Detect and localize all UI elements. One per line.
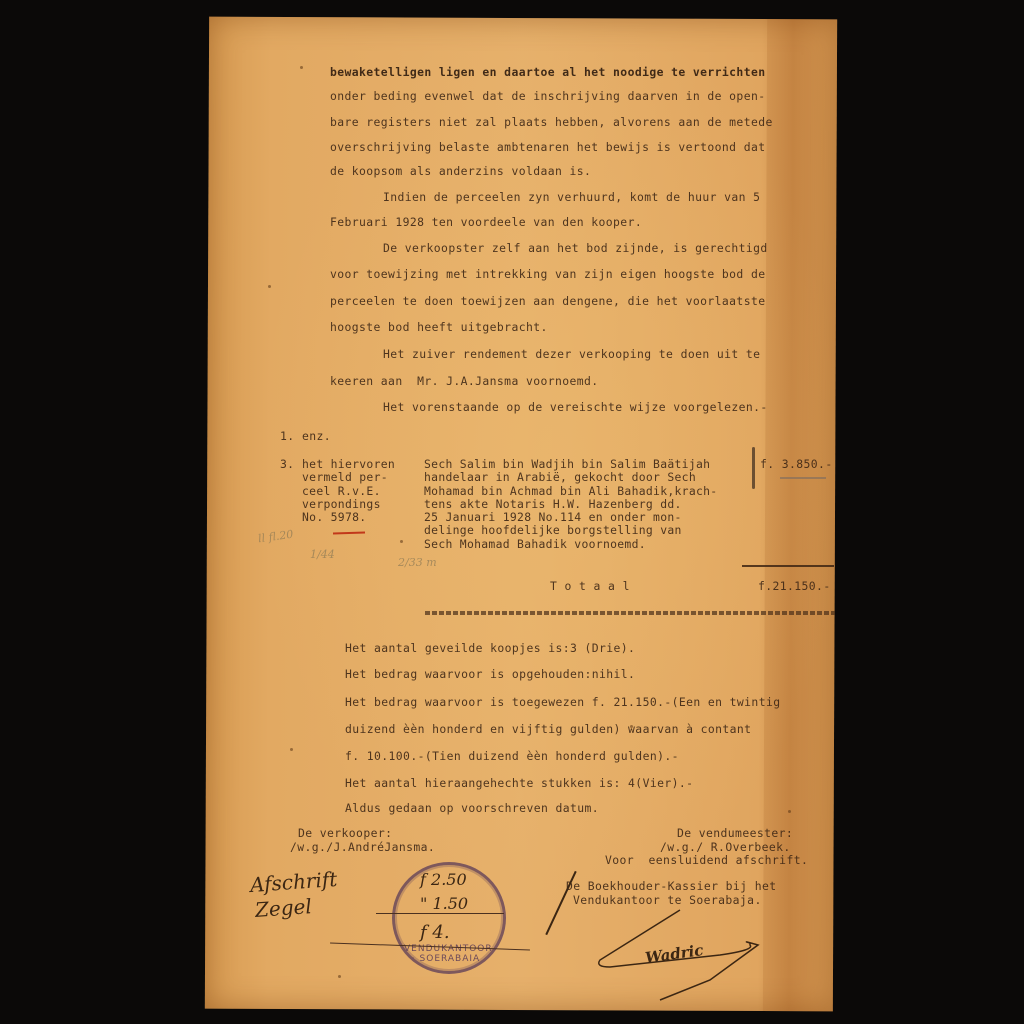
summary-line: Aldus gedaan op voorschreven datum.: [345, 803, 599, 814]
text-line: perceelen te doen toewijzen aan dengene,…: [330, 296, 765, 307]
text-line: Indien de perceelen zyn verhuurd, komt d…: [383, 192, 760, 203]
lot-buyer: Sech Salim bin Wadjih bin Salim Baätijah…: [424, 458, 717, 551]
foxing-spot: [300, 66, 303, 69]
text-line: de koopsom als anderzins voldaan is.: [330, 166, 591, 177]
lot-amount: f. 3.850.-: [760, 459, 833, 470]
stamp-rule: [376, 913, 504, 914]
lot-number: 1.: [280, 431, 295, 442]
summary-line: Het bedrag waarvoor is opgehouden:nihil.: [345, 669, 635, 680]
foxing-spot: [290, 748, 293, 751]
foxing-spot: [338, 975, 341, 978]
certification-line: Voor eensluidend afschrift.: [605, 855, 808, 866]
certification-line: De Boekhouder-Kassier bij het: [566, 881, 776, 892]
text-line: De verkoopster zelf aan het bod zijnde, …: [383, 243, 768, 254]
text-line: bare registers niet zal plaats hebben, a…: [330, 117, 773, 128]
text-line: voor toewijzing met intrekking van zijn …: [330, 269, 765, 280]
text-line: onder beding evenwel dat de inschrijving…: [330, 91, 765, 102]
text-line: overschrijving belaste ambtenaren het be…: [330, 142, 765, 153]
summary-line: Het aantal geveilde koopjes is:3 (Drie).: [345, 643, 635, 654]
foxing-spot: [268, 285, 271, 288]
lot-description: enz.: [302, 431, 331, 442]
auctioneer-name: /w.g./ R.Overbeek.: [660, 842, 791, 853]
summary-line: f. 10.100.-(Tien duizend èèn honderd gul…: [345, 751, 679, 762]
summary-line: Het aantal hieraangehechte stukken is: 4…: [345, 778, 693, 789]
text-line: Het vorenstaande op de vereischte wijze …: [383, 402, 768, 413]
text-line: keeren aan Mr. J.A.Jansma voornoemd.: [330, 376, 599, 387]
stamp-amount: f 2.50: [420, 870, 467, 889]
foxing-spot: [788, 810, 791, 813]
pencil-note: 1/44: [310, 548, 335, 561]
text-line: hoogste bod heeft uitgebracht.: [330, 322, 548, 333]
total-amount: f.21.150.-: [758, 581, 831, 592]
dashed-rule: [425, 611, 835, 615]
seller-label: De verkooper:: [298, 828, 392, 839]
underline: [780, 477, 826, 479]
text-line: Het zuiver rendement dezer verkooping te…: [383, 349, 760, 360]
summary-line: Het bedrag waarvoor is toegewezen f. 21.…: [345, 697, 780, 708]
handwritten-note: Zegel: [254, 894, 312, 922]
stamp-total: f 4.: [420, 922, 450, 943]
lot-description: het hiervoren vermeld per- ceel R.v.E. v…: [302, 458, 395, 524]
total-label: T o t a a l: [550, 581, 630, 592]
text-line: bewaketelligen ligen en daartoe al het n…: [330, 67, 765, 78]
stamp-amount: " 1.50: [420, 894, 468, 913]
foxing-spot: [630, 725, 633, 728]
foxing-spot: [400, 540, 403, 543]
auctioneer-label: De vendumeester:: [677, 828, 793, 839]
sum-rule: [742, 565, 834, 567]
seller-name: /w.g./J.AndréJansma.: [290, 842, 435, 853]
lot-number: 3.: [280, 458, 294, 471]
summary-line: duizend èèn honderd en vijftig gulden) w…: [345, 724, 751, 735]
pencil-mark: [752, 447, 755, 489]
text-line: Februari 1928 ten voordeele van den koop…: [330, 217, 642, 228]
pencil-note: 2/33 m: [398, 556, 437, 569]
